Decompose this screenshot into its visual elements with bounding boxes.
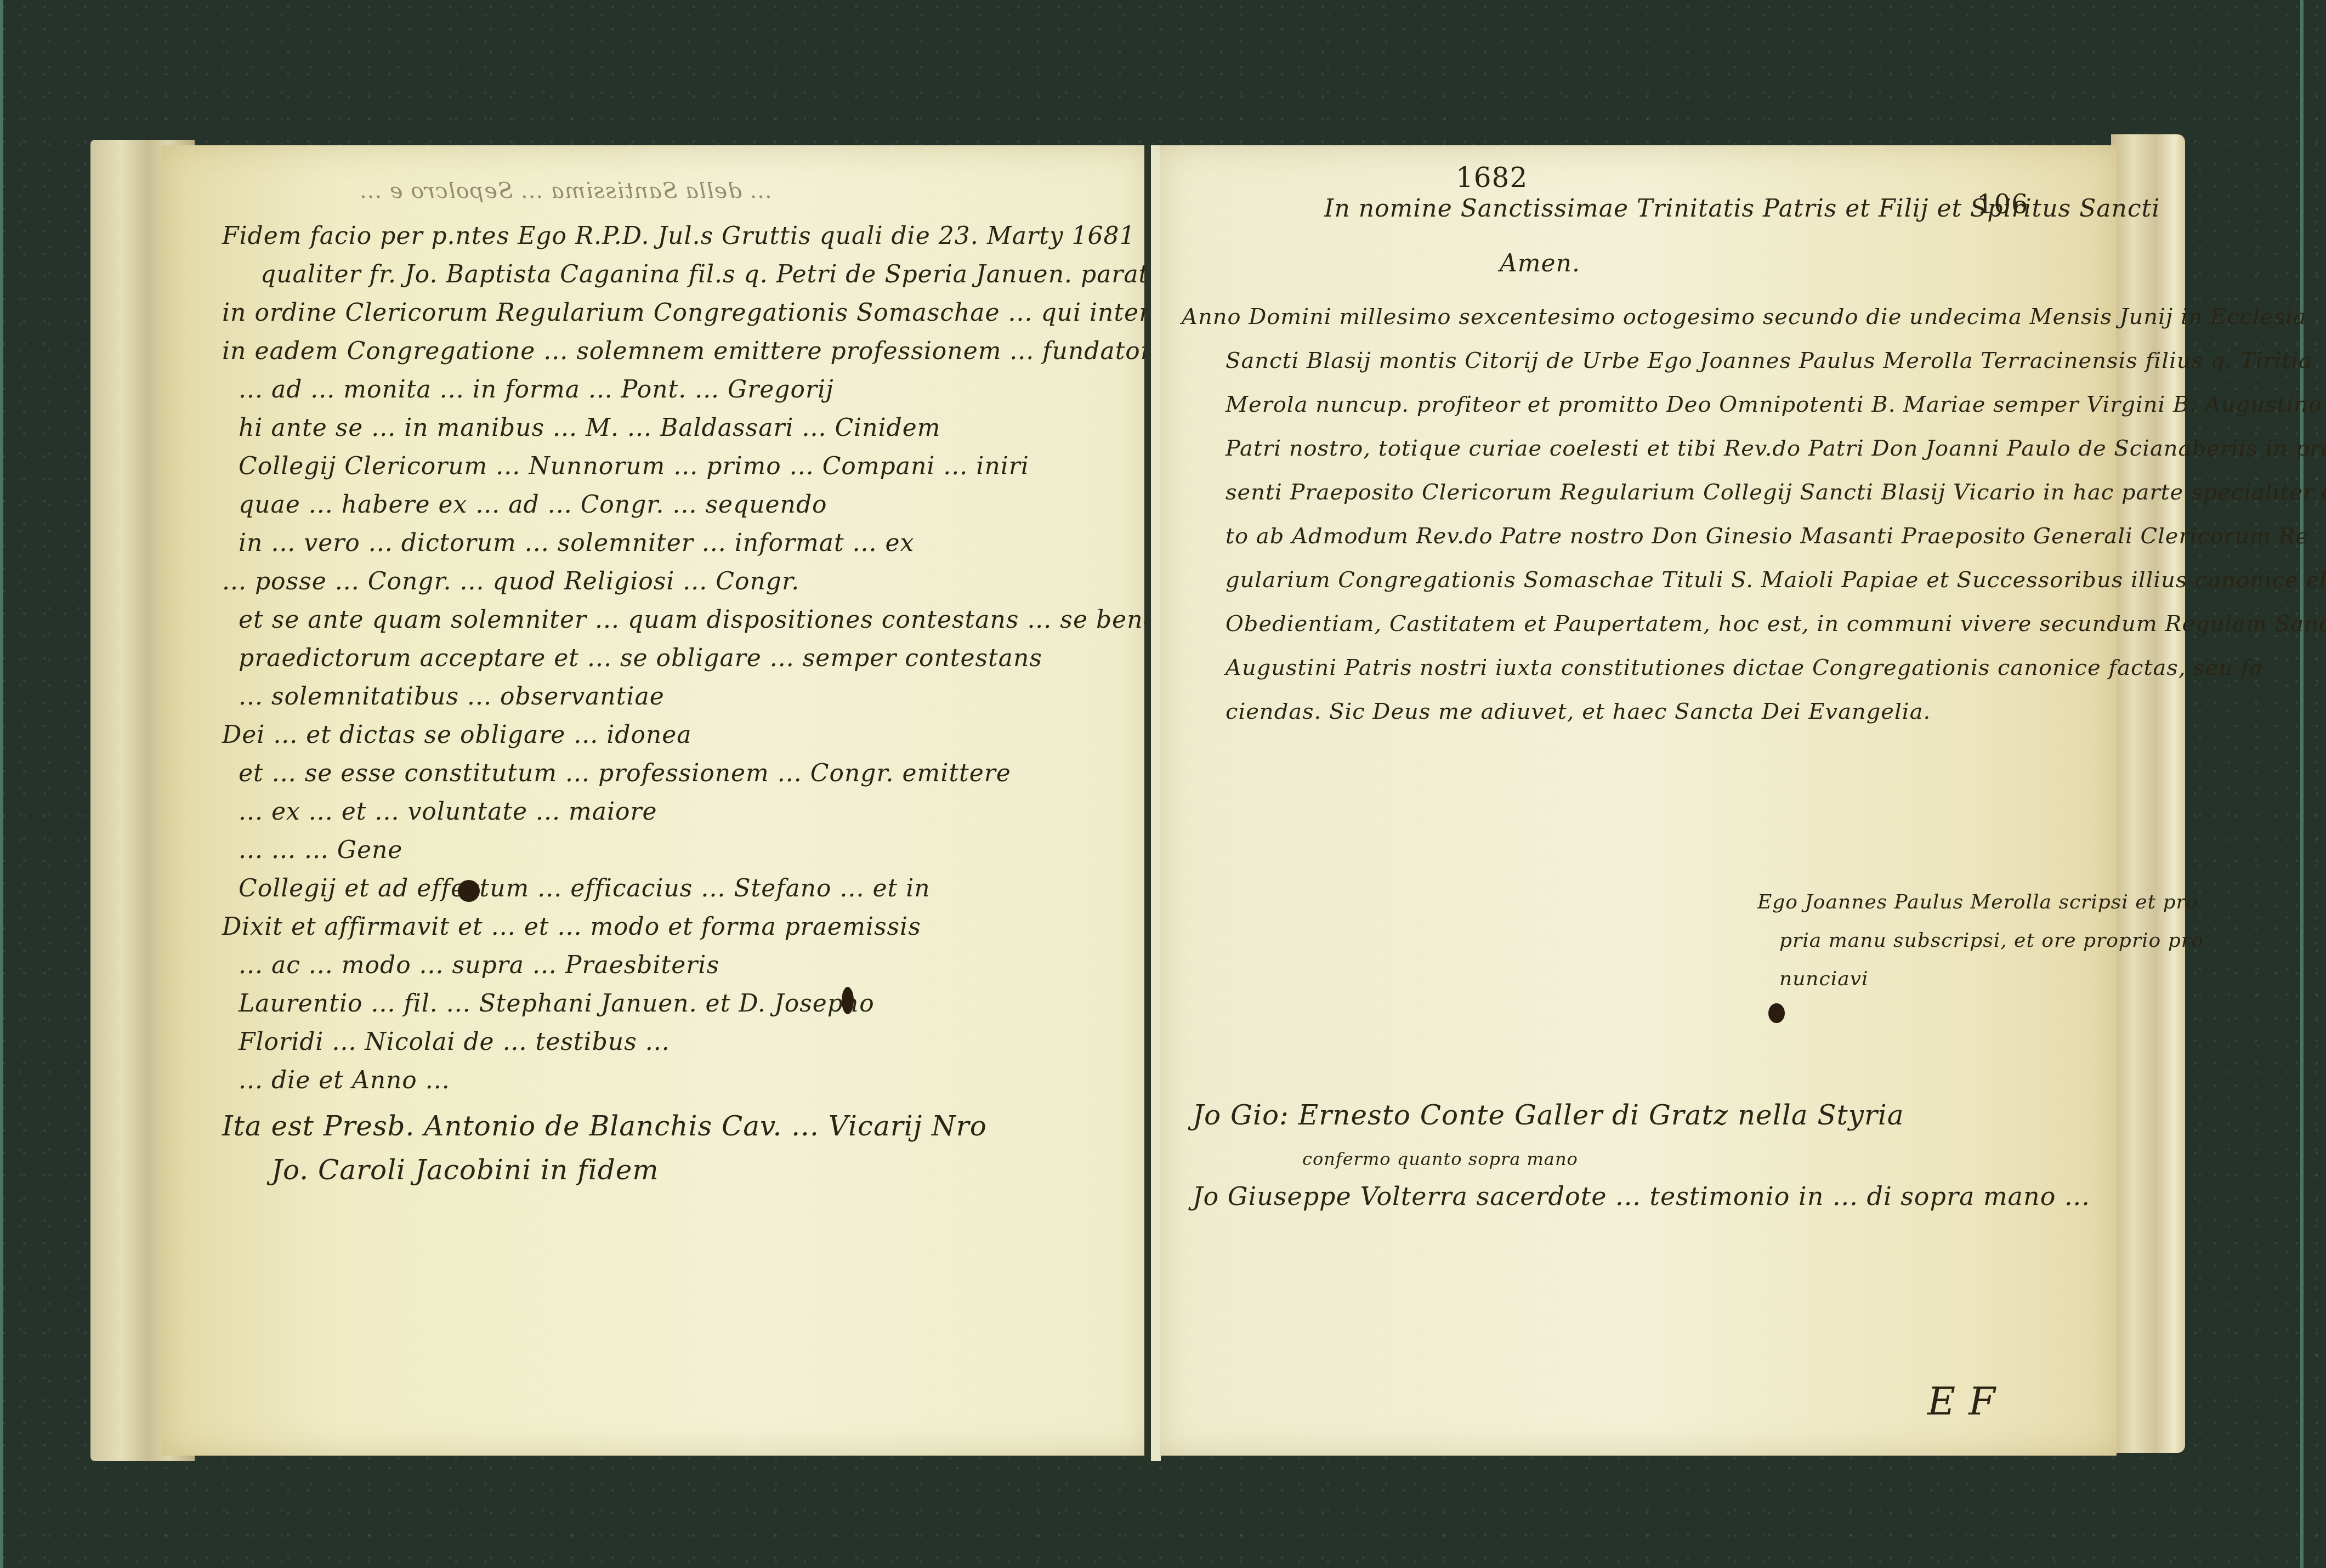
left-line-12: praedictorum acceptare et ... se obligar… — [239, 644, 1042, 672]
left-line-17: ... ... ... Gene — [239, 836, 402, 864]
left-line-15: et ... se esse constitutum ... professio… — [239, 759, 1011, 787]
ink-blot — [1768, 1003, 1785, 1023]
page-edges-right — [2111, 134, 2185, 1453]
left-signature-1: Ita est Presb. Antonio de Blanchis Cav. … — [222, 1110, 987, 1142]
gutter — [1144, 145, 1151, 1461]
right-line-6: to ab Admodum Rev.do Patre nostro Don Gi… — [1226, 524, 2309, 549]
left-page: ... della Santissima ... Sepolcro e ... … — [162, 145, 1149, 1456]
left-line-18: Collegij et ad effectum ... efficacius .… — [239, 874, 931, 902]
amen: Amen. — [1500, 249, 1580, 277]
right-line-10: ciendas. Sic Deus me adiuvet, et haec Sa… — [1226, 699, 1931, 724]
left-line-13: ... solemnitatibus ... observantiae — [239, 683, 665, 711]
left-line-20: ... ac ... modo ... supra ... Praesbiter… — [239, 951, 719, 979]
left-line-14: Dei ... et dictas se obligare ... idonea — [222, 721, 692, 749]
left-line-22: Floridi ... Nicolai de ... testibus ... — [239, 1028, 670, 1056]
left-line-23: ... die et Anno ... — [239, 1066, 450, 1094]
left-page-header: ... della Santissima ... Sepolcro e ... — [359, 178, 772, 203]
left-line-9: in ... vero ... dictorum ... solemniter … — [239, 529, 914, 557]
open-book: ... della Santissima ... Sepolcro e ... … — [90, 134, 2185, 1464]
right-page: 1682 106 In nomine Sanctissimae Trinitat… — [1160, 145, 2117, 1456]
left-line-4: in eadem Congregatione ... solemnem emit… — [222, 337, 1181, 365]
signature-line-3: nunciavi — [1779, 968, 1869, 990]
left-line-19: Dixit et affirmavit et ... et ... modo e… — [222, 913, 921, 941]
right-line-9: Augustini Patris nostri iuxta constituti… — [1226, 655, 2263, 680]
left-signature-2: Jo. Caroli Jacobini in fidem — [271, 1154, 659, 1186]
witness-1: Jo Gio: Ernesto Conte Galler di Gratz ne… — [1193, 1099, 1904, 1131]
witness-2: Jo Giuseppe Volterra sacerdote ... testi… — [1193, 1181, 2090, 1211]
signature-line-1: Ego Joannes Paulus Merolla scripsi et pr… — [1757, 891, 2198, 913]
right-line-4: Patri nostro, totique curiae coelesti et… — [1226, 436, 2326, 461]
left-line-6: hi ante se ... in manibus ... M. ... Bal… — [239, 414, 941, 442]
right-line-1: Anno Domini millesimo sexcentesimo octog… — [1182, 304, 2307, 329]
right-line-8: Obedientiam, Castitatem et Paupertatem, … — [1226, 611, 2326, 637]
right-line-2: Sancti Blasij montis Citorij de Urbe Ego… — [1226, 348, 2312, 373]
year-heading: 1682 — [1456, 162, 1528, 194]
mount-glass-edge-left — [0, 0, 3, 1568]
left-line-11: et se ante quam solemniter ... quam disp… — [239, 606, 1158, 634]
left-line-21: Laurentio ... fil. ... Stephani Januen. … — [239, 990, 875, 1018]
left-line-7: Collegij Clericorum ... Nunnorum ... pri… — [239, 452, 1029, 480]
left-line-8: quae ... habere ex ... ad ... Congr. ...… — [239, 491, 827, 519]
ink-blot — [458, 880, 480, 902]
right-line-5: senti Praeposito Clericorum Regularium C… — [1226, 480, 2326, 505]
mount-glass-edge-right — [2300, 0, 2304, 1568]
left-line-5: ... ad ... monita ... in forma ... Pont.… — [239, 376, 834, 404]
signature-line-2: pria manu subscripsi, et ore proprio pro — [1779, 929, 2204, 952]
left-line-16: ... ex ... et ... voluntate ... maiore — [239, 798, 657, 826]
initials: E F — [1927, 1379, 1996, 1424]
ink-blot — [842, 987, 854, 1014]
right-line-7: gularium Congregationis Somaschae Tituli… — [1226, 567, 2326, 593]
left-line-2: qualiter fr. Jo. Baptista Caganina fil.s… — [260, 260, 1178, 288]
invocation: In nomine Sanctissimae Trinitatis Patris… — [1324, 195, 2160, 223]
right-line-3: Merola nuncup. profiteor et promitto Deo… — [1226, 392, 2322, 417]
left-line-3: in ordine Clericorum Regularium Congrega… — [222, 299, 1189, 327]
witness-1-note: confermo quanto sopra mano — [1302, 1149, 1578, 1169]
left-line-10: ... posse ... Congr. ... quod Religiosi … — [222, 567, 799, 595]
left-line-1: Fidem facio per p.ntes Ego R.P.D. Jul.s … — [222, 222, 1136, 250]
